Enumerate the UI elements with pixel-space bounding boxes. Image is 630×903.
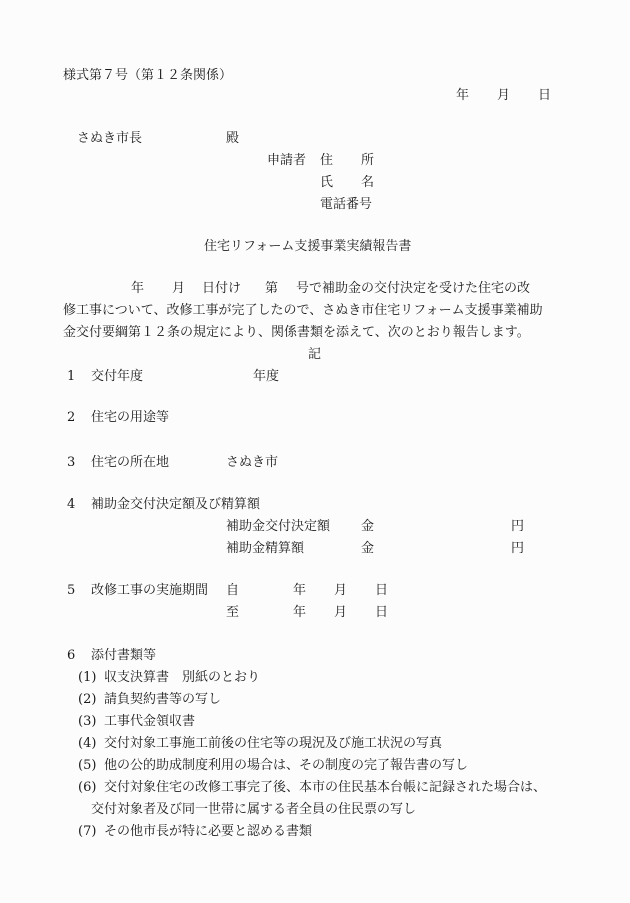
period-from: 自 — [226, 583, 239, 599]
date-month-label: 月 — [497, 88, 510, 104]
item4-label: 補助金交付決定額及び精算額 — [91, 497, 260, 513]
form-number: 様式第７号（第１２条関係） — [63, 68, 232, 84]
decided-amount-kin: 金 — [361, 519, 374, 535]
period-to: 至 — [226, 605, 239, 621]
period-from-year: 年 — [293, 583, 306, 599]
item3-number: 3 — [67, 455, 75, 471]
document-title: 住宅リフォーム支援事業実績報告書 — [204, 239, 411, 255]
item2-label: 住宅の用途等 — [91, 410, 169, 426]
applicant-label: 申請者 — [267, 153, 306, 169]
date-year-label: 年 — [456, 88, 469, 104]
address-label-2: 所 — [361, 153, 374, 169]
attachment-7-text: その他市長が特に必要と認める書類 — [104, 824, 312, 840]
attachment-1-number: (1) — [78, 670, 96, 686]
name-label-1: 氏 — [320, 175, 333, 191]
addressee-honorific: 殿 — [226, 131, 239, 147]
period-to-month: 月 — [334, 605, 347, 621]
settled-amount-kin: 金 — [361, 541, 374, 557]
attachment-4-number: (4) — [78, 736, 96, 752]
body-number-prefix: 第 — [265, 281, 278, 297]
period-to-year: 年 — [293, 605, 306, 621]
decided-amount-label: 補助金交付決定額 — [226, 519, 330, 535]
item4-number: 4 — [67, 497, 75, 513]
attachment-7-number: (7) — [78, 824, 96, 840]
ki-marker: 記 — [308, 347, 321, 363]
item5-number: 5 — [67, 583, 75, 599]
attachment-6-number: (6) — [78, 780, 96, 796]
phone-label: 電話番号 — [320, 197, 372, 213]
decided-amount-yen: 円 — [511, 519, 524, 535]
attachment-5-text: 他の公的助成制度利用の場合は、その制度の完了報告書の写し — [104, 758, 468, 774]
item1-label: 交付年度 — [91, 369, 143, 385]
address-label-1: 住 — [320, 153, 333, 169]
attachment-4-text: 交付対象工事施工前後の住宅等の現況及び施工状況の写真 — [104, 736, 442, 752]
addressee-name: さぬき市長 — [77, 131, 142, 147]
item3-value: さぬき市 — [226, 455, 278, 471]
attachment-1-text: 収支決算書 別紙のとおり — [104, 670, 260, 686]
attachment-3-number: (3) — [78, 714, 96, 730]
period-from-day: 日 — [375, 583, 388, 599]
period-to-day: 日 — [375, 605, 388, 621]
body-line2: 修工事について、改修工事が完了したので、さぬき市住宅リフォーム支援事業補助 — [63, 303, 543, 319]
attachment-6-continuation: 交付対象者及び同一世帯に属する者全員の住民票の写し — [91, 802, 416, 818]
body-year: 年 — [131, 281, 144, 297]
attachment-2-text: 請負契約書等の写し — [104, 692, 221, 708]
name-label-2: 名 — [361, 175, 374, 191]
attachment-2-number: (2) — [78, 692, 96, 708]
body-line3: 金交付要綱第１２条の規定により、関係書類を添えて、次のとおり報告します。 — [63, 325, 530, 341]
date-day-label: 日 — [538, 88, 551, 104]
item5-label: 改修工事の実施期間 — [91, 583, 208, 599]
item1-value: 年度 — [253, 369, 279, 385]
item6-number: 6 — [67, 648, 75, 664]
attachment-3-text: 工事代金領収書 — [104, 714, 195, 730]
item1-number: 1 — [67, 369, 75, 385]
item3-label: 住宅の所在地 — [91, 455, 169, 471]
body-line1-rest: 号で補助金の交付決定を受けた住宅の改 — [296, 281, 530, 297]
settled-amount-label: 補助金精算額 — [226, 541, 304, 557]
attachment-6-text: 交付対象住宅の改修工事完了後、本市の住民基本台帳に記録された場合は、 — [104, 780, 546, 796]
body-day: 日付け — [202, 281, 241, 297]
period-from-month: 月 — [334, 583, 347, 599]
item2-number: 2 — [67, 410, 75, 426]
item6-label: 添付書類等 — [91, 648, 156, 664]
settled-amount-yen: 円 — [511, 541, 524, 557]
body-month: 月 — [172, 281, 185, 297]
attachment-5-number: (5) — [78, 758, 96, 774]
